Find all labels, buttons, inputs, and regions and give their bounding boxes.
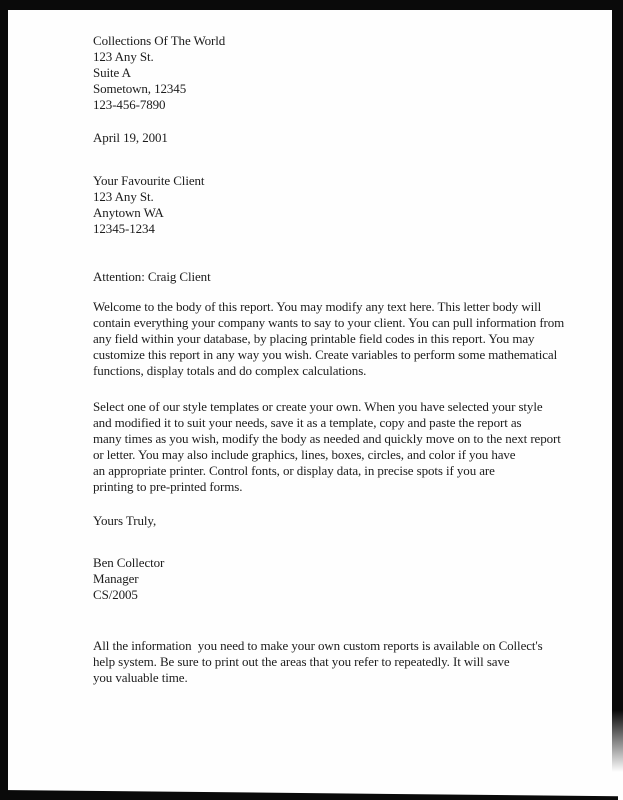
date-line: April 19, 2001 — [93, 130, 168, 146]
closing-line: Yours Truly, — [93, 513, 156, 529]
text-line: 123-456-7890 — [93, 97, 225, 113]
text-line: Select one of our style templates or cre… — [93, 399, 561, 415]
text-line: CS/2005 — [93, 587, 164, 603]
text-line: many times as you wish, modify the body … — [93, 431, 561, 447]
text-line: Collections Of The World — [93, 33, 225, 49]
photocopy-border-left — [0, 0, 8, 800]
text-line: or letter. You may also include graphics… — [93, 447, 561, 463]
text-line: 123 Any St. — [93, 49, 225, 65]
text-line: Ben Collector — [93, 555, 164, 571]
signature-block: Ben CollectorManagerCS/2005 — [93, 555, 164, 603]
postscript-paragraph: All the information you need to make you… — [93, 638, 543, 686]
photocopy-border-bottom — [0, 790, 618, 800]
recipient-address-block: Your Favourite Client123 Any St.Anytown … — [93, 173, 204, 237]
text-line: Welcome to the body of this report. You … — [93, 299, 564, 315]
text-line: contain everything your company wants to… — [93, 315, 564, 331]
text-line: All the information you need to make you… — [93, 638, 543, 654]
scanned-letter-page: Collections Of The World123 Any St.Suite… — [0, 0, 623, 800]
sender-address-block: Collections Of The World123 Any St.Suite… — [93, 33, 225, 113]
body-paragraph-2: Select one of our style templates or cre… — [93, 399, 561, 495]
text-line: printing to pre-printed forms. — [93, 479, 561, 495]
text-line: Manager — [93, 571, 164, 587]
text-line: customize this report in any way you wis… — [93, 347, 564, 363]
text-line: Sometown, 12345 — [93, 81, 225, 97]
text-line: functions, display totals and do complex… — [93, 363, 564, 379]
attention-line: Attention: Craig Client — [93, 269, 211, 285]
text-line: and modified it to suit your needs, save… — [93, 415, 561, 431]
text-line: Your Favourite Client — [93, 173, 204, 189]
text-line: help system. Be sure to print out the ar… — [93, 654, 543, 670]
text-line: Anytown WA — [93, 205, 204, 221]
text-line: 12345-1234 — [93, 221, 204, 237]
text-line: an appropriate printer. Control fonts, o… — [93, 463, 561, 479]
text-line: you valuable time. — [93, 670, 543, 686]
photocopy-border-right — [612, 0, 623, 772]
text-line: 123 Any St. — [93, 189, 204, 205]
body-paragraph-1: Welcome to the body of this report. You … — [93, 299, 564, 379]
text-line: Suite A — [93, 65, 225, 81]
text-line: any field within your database, by placi… — [93, 331, 564, 347]
photocopy-border-top — [0, 0, 623, 10]
